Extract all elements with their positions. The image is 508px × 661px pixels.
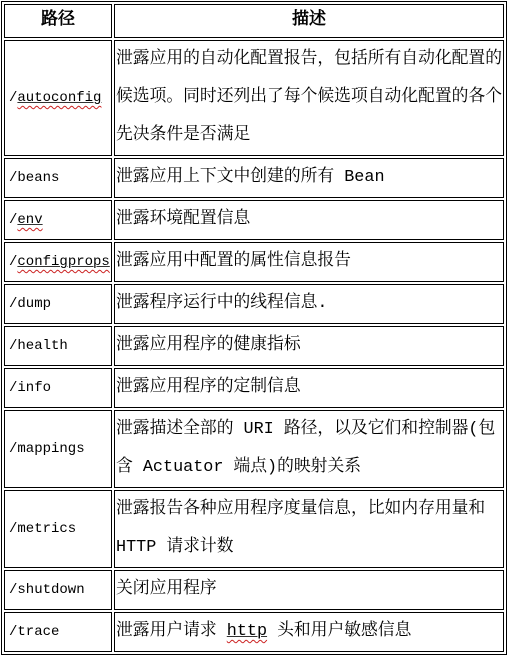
header-row: 路径 描述 [4, 4, 504, 38]
table-row: /configprops泄露应用中配置的属性信息报告 [4, 242, 504, 282]
misspelled-word: env [17, 212, 42, 228]
endpoint-path-cell: /dump [4, 284, 112, 324]
endpoint-path-cell: /mappings [4, 410, 112, 488]
spellcheck-squiggle: configprops [17, 254, 109, 270]
table-row: /env泄露环境配置信息 [4, 200, 504, 240]
misspelled-word: configprops [17, 254, 109, 270]
endpoint-description-cell: 泄露报告各种应用程序度量信息，比如内存用量和 HTTP 请求计数 [114, 490, 504, 568]
table-row: /beans泄露应用上下文中创建的所有 Bean [4, 158, 504, 198]
table-row: /health泄露应用程序的健康指标 [4, 326, 504, 366]
table-row: /autoconfig泄露应用的自动化配置报告，包括所有自动化配置的候选项。同时… [4, 40, 504, 156]
path-column-header: 路径 [4, 4, 112, 38]
endpoint-path-cell: /shutdown [4, 570, 112, 610]
table-row: /info泄露应用程序的定制信息 [4, 368, 504, 408]
endpoint-path-cell: /configprops [4, 242, 112, 282]
endpoint-path-cell: /metrics [4, 490, 112, 568]
endpoint-description-cell: 泄露应用的自动化配置报告，包括所有自动化配置的候选项。同时还列出了每个候选项自动… [114, 40, 504, 156]
endpoint-path-cell: /beans [4, 158, 112, 198]
endpoint-description-cell: 泄露环境配置信息 [114, 200, 504, 240]
misspelled-word: http [227, 622, 267, 641]
endpoint-path-cell: /env [4, 200, 112, 240]
spellcheck-squiggle: autoconfig [17, 90, 101, 106]
description-column-header: 描述 [114, 4, 504, 38]
spellcheck-squiggle: env [17, 212, 42, 228]
table-row: /metrics泄露报告各种应用程序度量信息，比如内存用量和 HTTP 请求计数 [4, 490, 504, 568]
table-row: /shutdown关闭应用程序 [4, 570, 504, 610]
endpoint-description-cell: 泄露应用程序的定制信息 [114, 368, 504, 408]
table-row: /dump泄露程序运行中的线程信息. [4, 284, 504, 324]
endpoint-path-cell: /trace [4, 612, 112, 652]
endpoint-description-cell: 泄露描述全部的 URI 路径，以及它们和控制器(包含 Actuator 端点)的… [114, 410, 504, 488]
endpoint-path-cell: /health [4, 326, 112, 366]
endpoint-description-cell: 泄露程序运行中的线程信息. [114, 284, 504, 324]
table-row: /mappings泄露描述全部的 URI 路径，以及它们和控制器(包含 Actu… [4, 410, 504, 488]
endpoint-path-cell: /info [4, 368, 112, 408]
endpoint-description-cell: 泄露应用程序的健康指标 [114, 326, 504, 366]
actuator-endpoints-table: 路径 描述 /autoconfig泄露应用的自动化配置报告，包括所有自动化配置的… [1, 1, 507, 655]
endpoint-description-cell: 泄露用户请求 http 头和用户敏感信息 [114, 612, 504, 652]
spellcheck-squiggle: http [227, 622, 267, 641]
table-row: /trace泄露用户请求 http 头和用户敏感信息 [4, 612, 504, 652]
endpoint-description-cell: 关闭应用程序 [114, 570, 504, 610]
endpoint-description-cell: 泄露应用上下文中创建的所有 Bean [114, 158, 504, 198]
endpoint-description-cell: 泄露应用中配置的属性信息报告 [114, 242, 504, 282]
misspelled-word: autoconfig [17, 90, 101, 106]
endpoint-path-cell: /autoconfig [4, 40, 112, 156]
